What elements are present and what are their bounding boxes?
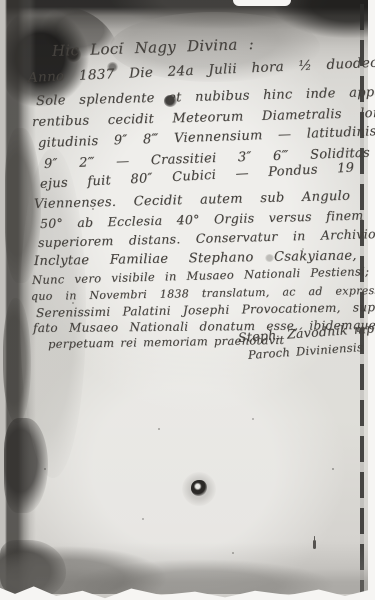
manuscript-line: Serenissimi Palatini Josephi Provocation… xyxy=(36,300,375,320)
manuscript-heading: Hic Loci Nagy Divina : xyxy=(52,35,255,60)
paper-sheet: Hic Loci Nagy Divina : Anno 1837 Die 24a… xyxy=(0,0,368,600)
scanned-manuscript-page: Hic Loci Nagy Divina : Anno 1837 Die 24a… xyxy=(0,0,375,600)
manuscript-line: Sole splendente et nubibus hinc inde app… xyxy=(36,85,375,109)
handwritten-text-block: Hic Loci Nagy Divina : Anno 1837 Die 24a… xyxy=(0,0,368,600)
